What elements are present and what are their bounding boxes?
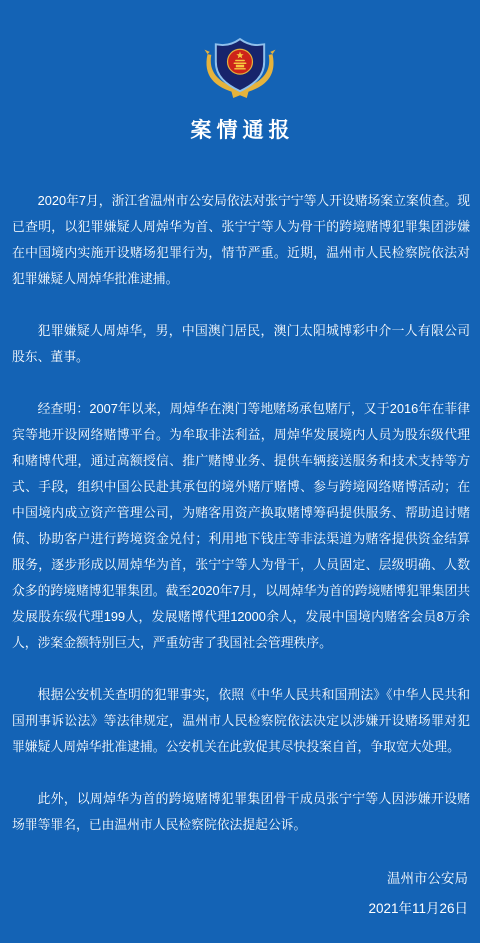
- china-police-badge-icon: [202, 36, 278, 104]
- signature-date: 2021年11月26日: [0, 894, 468, 924]
- notice-paragraph: 根据公安机关查明的犯罪事实，依照《中华人民共和国刑法》《中华人民共和国刑事诉讼法…: [12, 682, 470, 760]
- notice-title: 案情通报: [0, 116, 480, 146]
- signature-block: 温州市公安局 2021年11月26日: [0, 864, 480, 924]
- notice-paragraph: 2020年7月，浙江省温州市公安局依法对张宁宁等人开设赌场案立案侦查。现已查明，…: [12, 188, 470, 292]
- notice-paragraph: 经查明：2007年以来，周焯华在澳门等地赌场承包赌厅，又于2016年在菲律宾等地…: [12, 396, 470, 656]
- notice-body: 2020年7月，浙江省温州市公安局依法对张宁宁等人开设赌场案立案侦查。现已查明，…: [0, 146, 480, 838]
- badge-container: [0, 0, 480, 104]
- notice-paragraph: 犯罪嫌疑人周焯华，男，中国澳门居民，澳门太阳城博彩中介一人有限公司股东、董事。: [12, 318, 470, 370]
- case-notice-page: 案情通报 2020年7月，浙江省温州市公安局依法对张宁宁等人开设赌场案立案侦查。…: [0, 0, 480, 943]
- notice-paragraph: 此外，以周焯华为首的跨境赌博犯罪集团骨干成员张宁宁等人因涉嫌开设赌场罪等罪名，已…: [12, 786, 470, 838]
- signature-agency: 温州市公安局: [0, 864, 468, 894]
